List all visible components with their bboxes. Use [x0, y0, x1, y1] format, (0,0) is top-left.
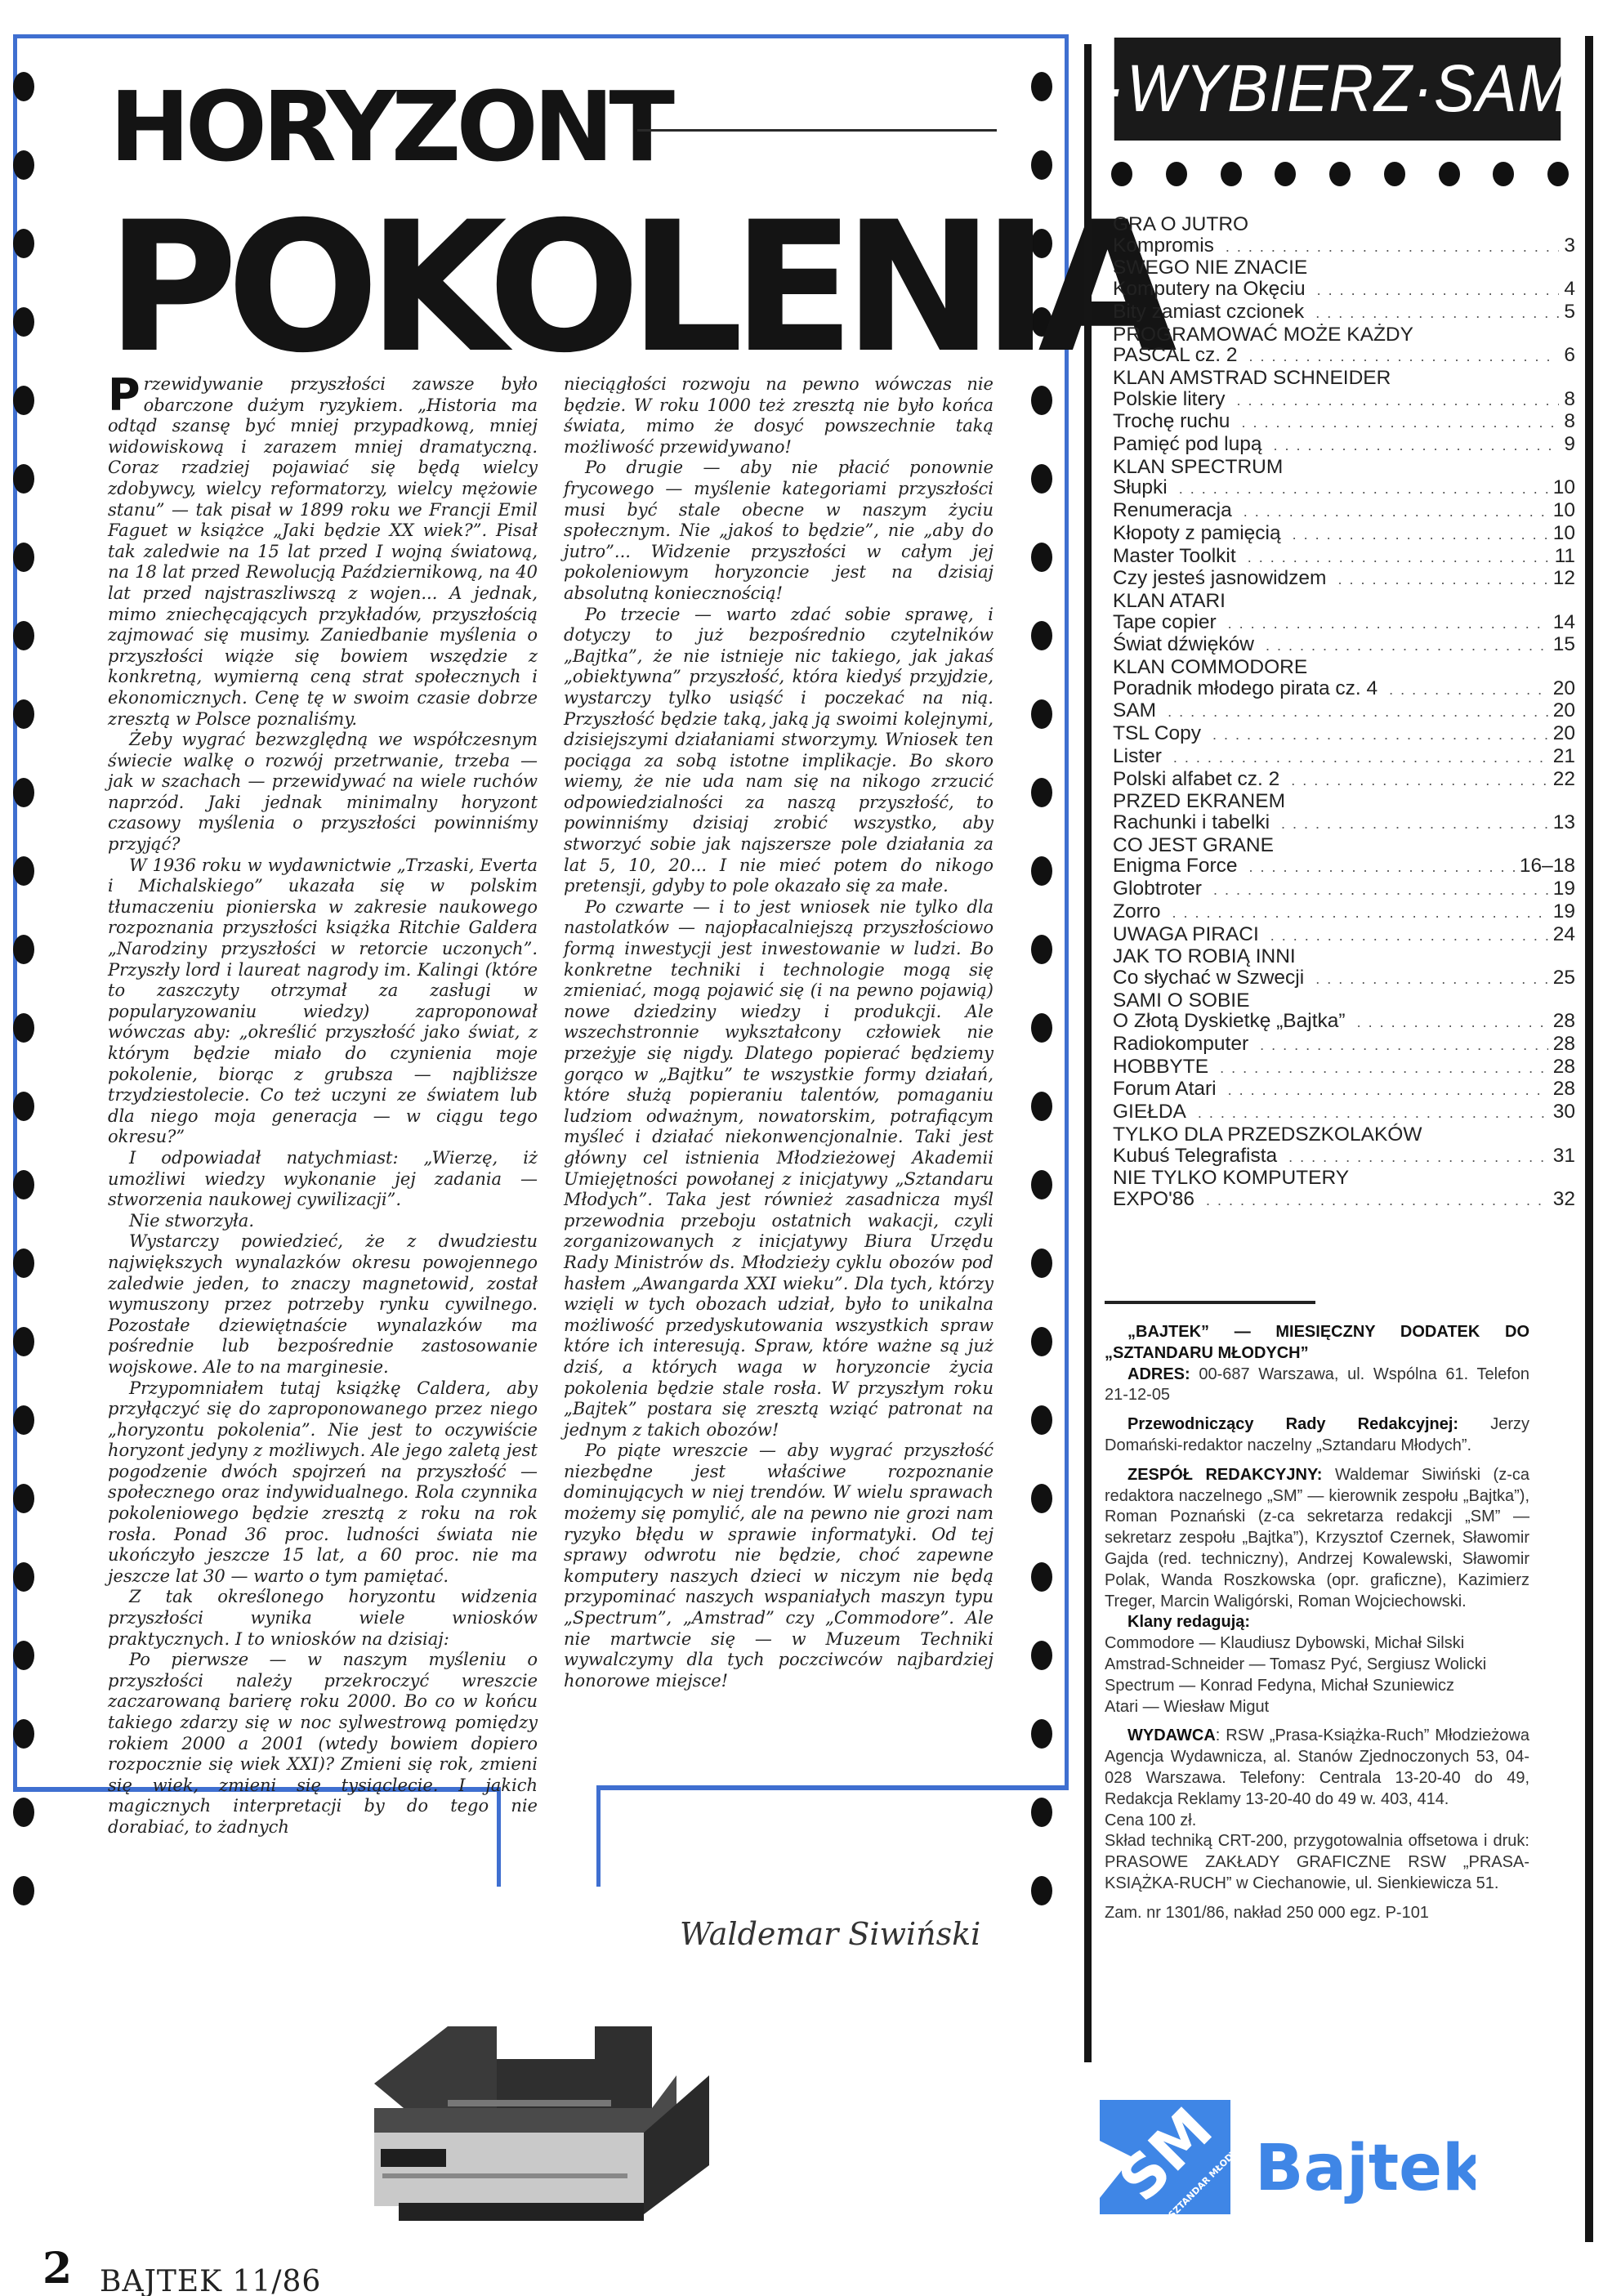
article-column-2: nieciągłości rozwoju na pewno wówczas ni… [564, 374, 994, 1691]
toc-entry-page: 19 [1553, 901, 1575, 922]
punch-hole-icon [13, 1641, 34, 1670]
leader-dots: ........................................… [1249, 857, 1515, 878]
leader-dots: ........................................… [1317, 280, 1560, 302]
leader-dots: ........................................… [1206, 1190, 1548, 1212]
toc-entry: Lister..................................… [1113, 746, 1575, 769]
toc-entry: Renumeracja.............................… [1113, 500, 1575, 523]
toc-entry-page: 15 [1553, 634, 1575, 655]
punch-hole-icon [1031, 150, 1052, 180]
toc-entry-page: 21 [1553, 746, 1575, 767]
dot-icon [1493, 162, 1514, 186]
address: ADRES: 00-687 Warszawa, ul. Wspólna 61. … [1105, 1365, 1529, 1407]
article-paragraph: Po piąte wreszcie — aby wygrać przyszłoś… [564, 1441, 994, 1691]
toc-entry-page: 8 [1564, 389, 1575, 410]
toc-entry: UWAGA PIRACI............................… [1113, 924, 1575, 947]
toc-entry-page: 28 [1553, 1079, 1575, 1100]
toc-entry: Polskie litery..........................… [1113, 389, 1575, 412]
leader-dots: ........................................… [1389, 680, 1548, 701]
toc-entry-page: 16–18 [1520, 855, 1575, 877]
toc-entry-page: 3 [1564, 235, 1575, 257]
toc-section-heading: JAK TO ROBIĄ INNI [1113, 946, 1575, 967]
toc-entry: Kubuś Telegrafista......................… [1113, 1146, 1575, 1168]
toc-entry: Czy jesteś jasnowidzem..................… [1113, 568, 1575, 591]
punch-hole-icon [13, 150, 34, 180]
toc-section-heading: SWEGO NIE ZNACIE [1113, 257, 1575, 279]
toc-section-heading: KLAN AMSTRAD SCHNEIDER [1113, 368, 1575, 389]
toc-entry-title: Co słychać w Szwecji [1113, 967, 1304, 989]
punch-hole-icon [13, 1484, 34, 1513]
leader-dots: ........................................… [1270, 926, 1548, 947]
toc-section-heading: SAMI O SOBIE [1113, 990, 1575, 1012]
toc-entry-title: Tape copier [1113, 612, 1217, 633]
punch-hole-icon [13, 1876, 34, 1905]
toc-entry-title: UWAGA PIRACI [1113, 924, 1259, 945]
article-title-line1: HORYZONT [109, 78, 670, 175]
toc-entry: SAM.....................................… [1113, 700, 1575, 723]
toc-entry-title: Renumeracja [1113, 500, 1232, 521]
clan-editor: Commodore — Klaudiusz Dybowski, Michał S… [1105, 1633, 1529, 1655]
leader-dots: ........................................… [1179, 479, 1548, 500]
toc-entry-title: Poradnik młodego pirata cz. 4 [1113, 678, 1378, 699]
toc-entry-title: Trochę ruchu [1113, 411, 1230, 432]
leader-dots: ........................................… [1260, 1035, 1548, 1056]
toc-entry: Globtroter..............................… [1113, 878, 1575, 901]
toc-entry-title: Bity zamiast czcionek [1113, 302, 1304, 323]
toc-entry-title: Kubuś Telegrafista [1113, 1146, 1277, 1167]
leader-dots: ........................................… [1228, 1080, 1548, 1101]
leader-dots: ........................................… [1168, 702, 1548, 723]
toc-entry-page: 10 [1553, 500, 1575, 521]
punch-hole-icon [1031, 1876, 1052, 1905]
leader-dots: ........................................… [1237, 391, 1560, 412]
toc-entry: Pamięć pod lupą.........................… [1113, 434, 1575, 457]
toc-entry: EXPO'86.................................… [1113, 1189, 1575, 1212]
leader-dots: ........................................… [1226, 237, 1559, 258]
leader-dots: ........................................… [1212, 725, 1548, 746]
bajtek-logo: Bajtek [1255, 2132, 1476, 2205]
punch-hole-icon [1031, 1641, 1052, 1670]
dot-icon [1275, 162, 1296, 186]
clan-editor: Amstrad-Schneider — Tomasz Pyć, Sergiusz… [1105, 1655, 1529, 1676]
leader-dots: ........................................… [1172, 903, 1548, 924]
punch-hole-icon [13, 1249, 34, 1278]
masthead: „BAJTEK” — MIESIĘCZNY DODATEK DO „SZTAND… [1105, 1322, 1529, 1365]
table-of-contents: GRA O JUTROKompromis....................… [1113, 214, 1575, 1212]
toc-entry-page: 10 [1553, 523, 1575, 544]
toc-section-heading: KLAN ATARI [1113, 591, 1575, 612]
article-paragraph: Po drugie — aby nie płacić ponownie fryc… [564, 458, 994, 604]
article-paragraph: Po trzecie — warto zdać sobie sprawę, i … [564, 605, 994, 897]
leader-dots: ........................................… [1281, 814, 1548, 835]
article-paragraph: Po czwarte — i to jest wniosek nie tylko… [564, 897, 994, 1441]
toc-entry: Enigma Force............................… [1113, 855, 1575, 878]
dot-icon [1384, 162, 1405, 186]
toc-entry-title: Kłopoty z pamięcią [1113, 523, 1281, 544]
toc-entry-page: 20 [1553, 723, 1575, 744]
punch-hole-icon [13, 1798, 34, 1827]
toc-entry-page: 11 [1555, 546, 1575, 567]
leader-dots: ........................................… [1241, 413, 1559, 434]
article-paragraph: Przewidywanie przyszłości zawsze było ob… [108, 374, 538, 730]
punch-hole-icon [1031, 543, 1052, 572]
punch-hole-icon [1031, 1484, 1052, 1513]
article-paragraph: Wystarczy powiedzieć, że z dwudziestu na… [108, 1231, 538, 1378]
leader-dots: ........................................… [1315, 969, 1548, 990]
toc-entry-page: 25 [1553, 967, 1575, 989]
toc-entry: Polski alfabet cz. 2....................… [1113, 769, 1575, 792]
toc-entry-title: Master Toolkit [1113, 546, 1236, 567]
toc-entry: Zorro...................................… [1113, 901, 1575, 924]
title-rule [637, 129, 997, 132]
toc-entry-title: Polskie litery [1113, 389, 1226, 410]
article-paragraph: Po pierwsze — w naszym myśleniu o przysz… [108, 1650, 538, 1838]
toc-entry: Bity zamiast czcionek...................… [1113, 302, 1575, 324]
punch-hole-icon [1031, 1798, 1052, 1827]
leader-dots: ........................................… [1266, 636, 1548, 657]
punch-hole-icon [1031, 935, 1052, 964]
punch-hole-icon [13, 307, 34, 337]
punch-hole-icon [13, 1170, 34, 1199]
punch-hole-icon [13, 1092, 34, 1121]
dot-icon [1329, 162, 1351, 186]
toc-entry: Rachunki i tabelki......................… [1113, 812, 1575, 835]
toc-entry-page: 19 [1553, 878, 1575, 900]
toc-entry-page: 30 [1553, 1101, 1575, 1123]
punch-hole-icon [1031, 856, 1052, 886]
sztandar-mlodych-logo: SM SZTANDAR MŁODYCH [1100, 2094, 1249, 2220]
dot-icon [1547, 162, 1569, 186]
punch-hole-icon [13, 543, 34, 572]
punch-hole-icon [13, 621, 34, 650]
toc-section-heading: NIE TYLKO KOMPUTERY [1113, 1168, 1575, 1189]
editorial-team: ZESPÓŁ REDAKCYJNY: Waldemar Siwiński (z-… [1105, 1465, 1529, 1613]
leader-dots: ........................................… [1213, 880, 1548, 901]
toc-entry: PASCAL cz. 2............................… [1113, 345, 1575, 368]
punch-hole-icon [13, 1719, 34, 1749]
toc-entry: TSL Copy................................… [1113, 723, 1575, 746]
toc-entry-title: Słupki [1113, 477, 1168, 498]
punch-hole-icon [13, 935, 34, 964]
toc-entry-title: HOBBYTE [1113, 1056, 1208, 1078]
punch-hole-icon [13, 1327, 34, 1356]
leader-dots: ........................................… [1248, 547, 1550, 569]
toc-entry-page: 24 [1553, 924, 1575, 945]
toc-entry-title: TSL Copy [1113, 723, 1201, 744]
leader-dots: ........................................… [1249, 346, 1560, 368]
punch-hole-icon [1031, 1719, 1052, 1749]
punch-hole-icon [13, 1013, 34, 1043]
toc-entry-page: 14 [1553, 612, 1575, 633]
contents-bar-left [1084, 44, 1092, 2062]
toc-entry-page: 22 [1553, 769, 1575, 790]
toc-entry: Świat dźwięków..........................… [1113, 634, 1575, 657]
toc-entry-title: EXPO'86 [1113, 1189, 1194, 1210]
toc-entry-title: Rachunki i tabelki [1113, 812, 1270, 833]
toc-section-heading: PROGRAMOWAĆ MOŻE KAŻDY [1113, 324, 1575, 346]
toc-entry-title: Polski alfabet cz. 2 [1113, 769, 1279, 790]
toc-entry-page: 28 [1553, 1056, 1575, 1078]
toc-entry-title: SAM [1113, 700, 1156, 721]
punch-hole-icon [13, 856, 34, 886]
toc-entry-title: Świat dźwięków [1113, 634, 1254, 655]
toc-entry: GIEŁDA..................................… [1113, 1101, 1575, 1124]
clans-label: Klany redagują: [1105, 1612, 1529, 1633]
leader-dots: ........................................… [1173, 748, 1548, 769]
toc-entry: Trochę ruchu............................… [1113, 411, 1575, 434]
toc-entry-page: 6 [1564, 345, 1575, 366]
punch-hole-icon [13, 699, 34, 729]
punch-hole-icon [1031, 699, 1052, 729]
toc-entry-page: 32 [1553, 1189, 1575, 1210]
clan-editor: Atari — Wiesław Migut [1105, 1697, 1529, 1718]
article-column-1: Przewidywanie przyszłości zawsze było ob… [108, 374, 538, 1838]
dot-icon [1221, 162, 1242, 186]
banner-dots [1111, 162, 1569, 186]
toc-entry: Co słychać w Szwecji....................… [1113, 967, 1575, 990]
leader-dots: ........................................… [1228, 614, 1548, 635]
punch-hole-icon [1031, 1013, 1052, 1043]
toc-entry-title: Forum Atari [1113, 1079, 1217, 1100]
leader-dots: ........................................… [1198, 1103, 1548, 1124]
toc-entry-title: Zorro [1113, 901, 1161, 922]
article-paragraph: W 1936 roku w wydawnictwie „Trzaski, Eve… [108, 855, 538, 1148]
toc-entry-page: 9 [1564, 434, 1575, 455]
punch-hole-icon [1031, 464, 1052, 494]
order-info: Zam. nr 1301/86, nakład 250 000 egz. P-1… [1105, 1903, 1529, 1924]
leader-dots: ........................................… [1315, 303, 1559, 324]
toc-entry-page: 4 [1564, 279, 1575, 300]
toc-entry: Słupki..................................… [1113, 477, 1575, 500]
toc-entry: Komputery na Okęciu.....................… [1113, 279, 1575, 302]
leader-dots: ........................................… [1288, 1147, 1548, 1168]
article-frame-notch-right [596, 1785, 601, 1887]
article-paragraph: I odpowiadał natychmiast: „Wierzę, iż um… [108, 1148, 538, 1211]
toc-entry-title: PASCAL cz. 2 [1113, 345, 1238, 366]
page-number: 2 [42, 2244, 72, 2294]
toc-entry-page: 10 [1553, 477, 1575, 498]
toc-section-heading: PRZED EKRANEM [1113, 791, 1575, 812]
punch-hole-icon [13, 778, 34, 807]
editorial-chair: Przewodniczący Rady Redakcyjnej: Jerzy D… [1105, 1414, 1529, 1457]
punch-hole-icon [1031, 1327, 1052, 1356]
toc-entry: Forum Atari.............................… [1113, 1079, 1575, 1101]
toc-entry-page: 31 [1553, 1146, 1575, 1167]
toc-entry-title: Pamięć pod lupą [1113, 434, 1262, 455]
publisher: WYDAWCA: RSW „Prasa-Książka-Ruch” Młodzi… [1105, 1726, 1529, 1810]
toc-entry-page: 28 [1553, 1034, 1575, 1055]
leader-dots: ........................................… [1337, 570, 1547, 591]
toc-entry: O Złotą Dyskietkę „Bajtka”..............… [1113, 1011, 1575, 1034]
toc-entry-title: Radiokomputer [1113, 1034, 1248, 1055]
contents-bar-right [1585, 36, 1593, 2242]
punch-hole-icon [1031, 1562, 1052, 1592]
toc-entry-page: 8 [1564, 411, 1575, 432]
punch-hole-icon [1031, 1405, 1052, 1435]
toc-section-heading: KLAN SPECTRUM [1113, 457, 1575, 478]
leader-dots: ........................................… [1220, 1058, 1548, 1079]
article-paragraph: Przypomniałem tutaj książkę Caldera, aby… [108, 1378, 538, 1588]
dot-icon [1111, 162, 1132, 186]
punch-hole-icon [1031, 1092, 1052, 1121]
toc-entry: Kłopoty z pamięcią......................… [1113, 523, 1575, 546]
toc-entry-title: Lister [1113, 746, 1162, 767]
article-paragraph: nieciągłości rozwoju na pewno wówczas ni… [564, 374, 994, 458]
dropcap: P [108, 377, 141, 413]
article-paragraph: Nie stworzyła. [108, 1211, 538, 1232]
dot-matrix-printer-image [325, 2010, 783, 2222]
leader-dots: ........................................… [1291, 771, 1547, 792]
toc-section-heading: GRA O JUTRO [1113, 214, 1575, 235]
punch-hole-icon [1031, 72, 1052, 101]
punch-hole-icon [13, 386, 34, 415]
author-signature: Waldemar Siwiński [680, 1916, 980, 1952]
toc-entry: Master Toolkit..........................… [1113, 546, 1575, 569]
punch-hole-icon [1031, 778, 1052, 807]
toc-entry-page: 28 [1553, 1011, 1575, 1032]
punch-hole-icon [1031, 621, 1052, 650]
punch-hole-icon [1031, 1170, 1052, 1199]
leader-dots: ........................................… [1357, 1012, 1548, 1034]
punch-hole-icon [13, 72, 34, 101]
toc-entry: Radiokomputer...........................… [1113, 1034, 1575, 1056]
punch-holes-left [13, 72, 41, 1954]
price: Cena 100 zł. [1105, 1811, 1529, 1832]
toc-section-heading: CO JEST GRANE [1113, 835, 1575, 856]
punch-hole-icon [13, 464, 34, 494]
leader-dots: ........................................… [1293, 525, 1548, 546]
imprint-rule [1105, 1301, 1315, 1304]
toc-entry-title: Globtroter [1113, 878, 1202, 900]
publisher-logos: SM SZTANDAR MŁODYCH Bajtek [1100, 2067, 1476, 2231]
punch-hole-icon [13, 1405, 34, 1435]
toc-section-heading: KLAN COMMODORE [1113, 657, 1575, 678]
toc-entry: Tape copier.............................… [1113, 612, 1575, 635]
dot-icon [1439, 162, 1460, 186]
print-info: Skład techniką CRT-200, przygotowalnia o… [1105, 1831, 1529, 1894]
contents-banner: ·WYBIERZ·SAM [1114, 38, 1561, 141]
toc-entry-title: Kompromis [1113, 235, 1214, 257]
toc-entry-page: 5 [1564, 302, 1575, 323]
toc-entry: Kompromis...............................… [1113, 235, 1575, 258]
punch-hole-icon [13, 229, 34, 258]
leader-dots: ........................................… [1244, 502, 1548, 523]
imprint: „BAJTEK” — MIESIĘCZNY DODATEK DO „SZTAND… [1105, 1322, 1529, 1924]
punch-hole-icon [13, 1562, 34, 1592]
toc-entry-title: Komputery na Okęciu [1113, 279, 1306, 300]
toc-entry-page: 20 [1553, 678, 1575, 699]
toc-section-heading: TYLKO DLA PRZEDSZKOLAKÓW [1113, 1124, 1575, 1146]
toc-entry-page: 13 [1553, 812, 1575, 833]
article-title-line2: POKOLENIA [106, 198, 1166, 377]
toc-entry: Poradnik młodego pirata cz. 4...........… [1113, 678, 1575, 701]
toc-entry-title: O Złotą Dyskietkę „Bajtka” [1113, 1011, 1346, 1032]
article-paragraph: Z tak określonego horyzontu widzenia prz… [108, 1587, 538, 1650]
punch-hole-icon [1031, 1249, 1052, 1278]
toc-entry-page: 20 [1553, 700, 1575, 721]
toc-entry-page: 12 [1553, 568, 1575, 589]
toc-entry-title: Czy jesteś jasnowidzem [1113, 568, 1326, 589]
article-frame-bottom-right [598, 1785, 1069, 1790]
toc-entry-title: GIEŁDA [1113, 1101, 1186, 1123]
leader-dots: ........................................… [1274, 436, 1560, 457]
toc-entry-title: Enigma Force [1113, 855, 1238, 877]
clan-editor: Spectrum — Konrad Fedyna, Michał Szuniew… [1105, 1676, 1529, 1697]
issue-label: BAJTEK 11/86 [100, 2265, 321, 2296]
toc-entry: HOBBYTE.................................… [1113, 1056, 1575, 1079]
dot-icon [1166, 162, 1187, 186]
article-paragraph: Żeby wygrać bezwzględną we współczesnym … [108, 730, 538, 855]
